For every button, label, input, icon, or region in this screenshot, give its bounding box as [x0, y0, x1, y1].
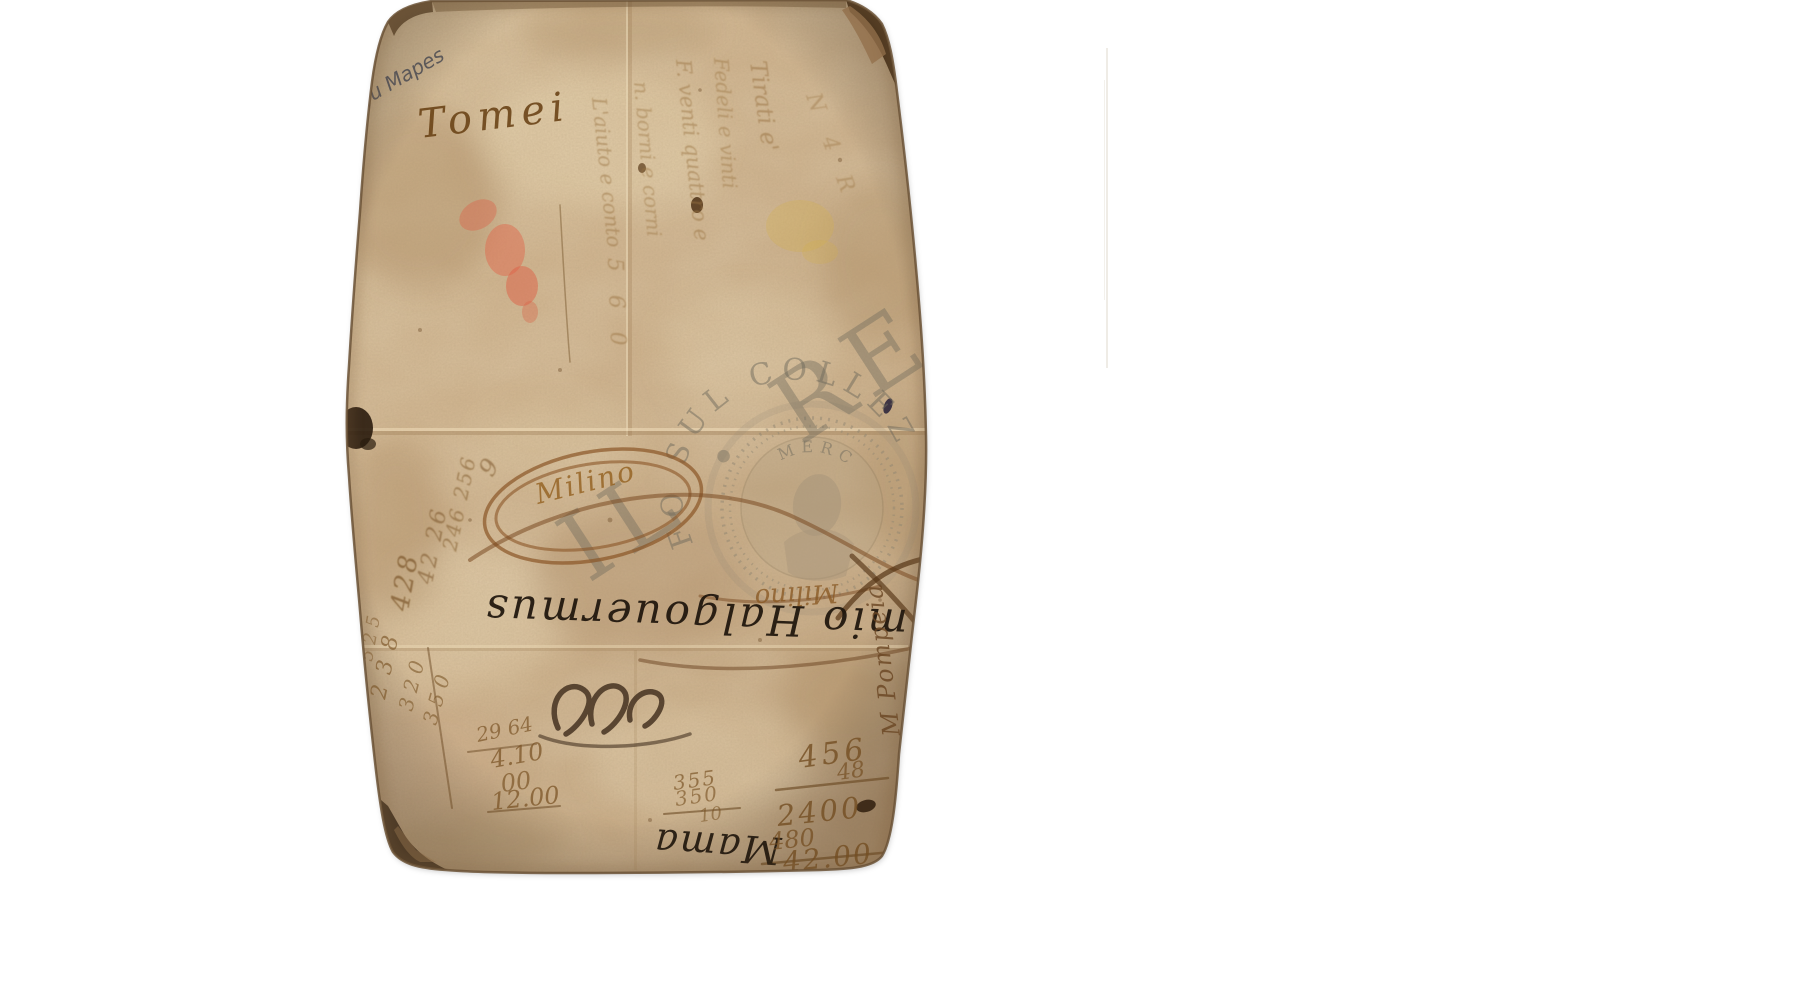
arith-cell: 10 — [698, 803, 724, 827]
scanner-seam — [1104, 48, 1108, 368]
scanner-bed: FO SUL COLLEZ MERC IL · REALE — [0, 0, 1800, 1000]
faded-digits: 5 6 0 — [602, 257, 630, 354]
scanned-document: FO SUL COLLEZ MERC IL · REALE — [0, 0, 1800, 1000]
seal-bust-shoulders — [784, 529, 854, 581]
arith-cell: 48 — [834, 757, 866, 786]
